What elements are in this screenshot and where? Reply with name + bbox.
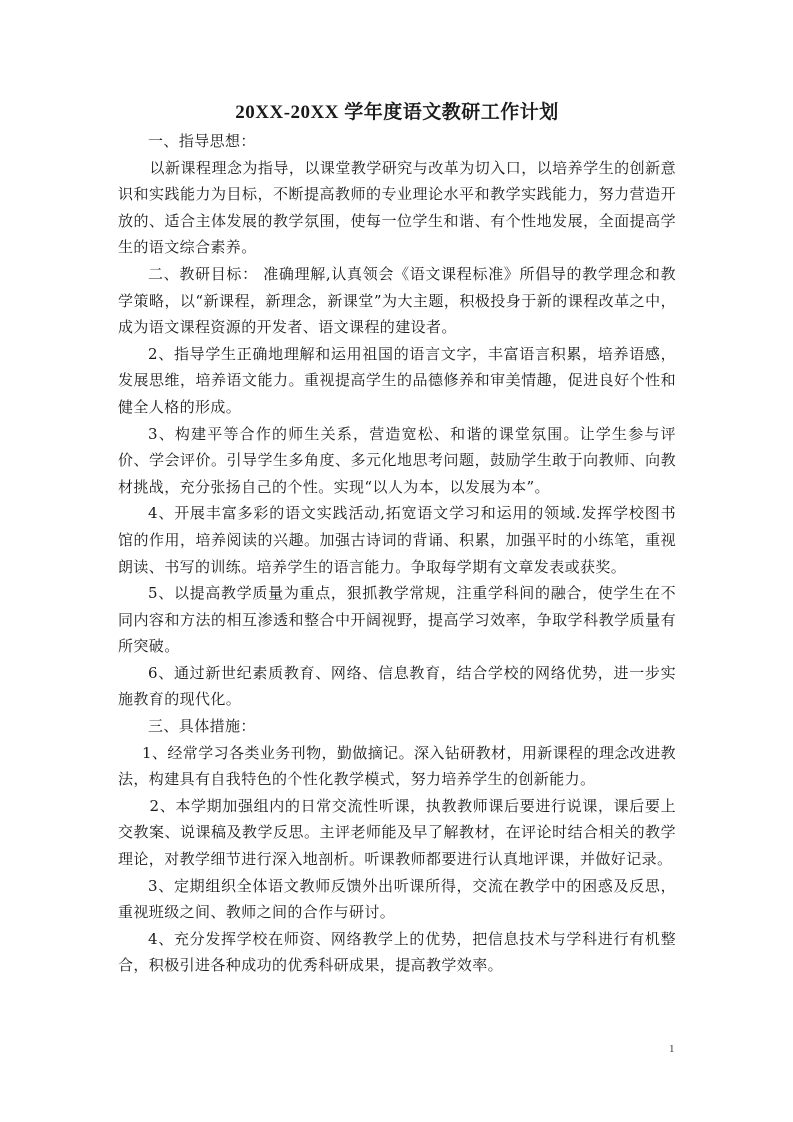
paragraph-guiding-ideology: 以新课程理念为指导，以课堂教学研究与改革为切入口，以培养学生的创新意识和实践能力… — [118, 155, 676, 261]
document-title: 20XX-20XX 学年度语文教研工作计划 — [118, 98, 676, 128]
paragraph-research-goal-3: 3、构建平等合作的师生关系，营造宽松、和谐的课堂氛围。让学生参与评价、学会评价。… — [118, 421, 676, 501]
page-number: 1 — [669, 1043, 675, 1055]
document-page: 20XX-20XX 学年度语文教研工作计划 一、指导思想： 以新课程理念为指导，… — [118, 98, 676, 979]
paragraph-measure-1: 1、经常学习各类业务刊物，勤做摘记。深入钻研教材，用新课程的理念改进教法，构建具… — [118, 740, 676, 793]
paragraph-research-goal-6: 6、通过新世纪素质教育、网络、信息教育，结合学校的网络优势，进一步实施教育的现代… — [118, 660, 676, 713]
paragraph-measure-2: 2、本学期加强组内的日常交流性听课，执教教师课后要进行说课，课后要上交教案、说课… — [118, 793, 676, 873]
paragraph-measure-4: 4、充分发挥学校在师资、网络教学上的优势，把信息技术与学科进行有机整合，积极引进… — [118, 926, 676, 979]
paragraph-research-goal-2: 2、指导学生正确地理解和运用祖国的语言文字，丰富语言积累，培养语感，发展思维，培… — [118, 341, 676, 421]
section-heading-specific-measures: 三、具体措施： — [118, 713, 676, 740]
paragraph-research-goal-1: 二、教研目标： 准确理解,认真领会《语文课程标准》所倡导的教学理念和教学策略，以… — [118, 261, 676, 341]
paragraph-research-goal-5: 5、以提高教学质量为重点，狠抓教学常规，注重学科间的融合，使学生在不同内容和方法… — [118, 580, 676, 660]
paragraph-measure-3: 3、定期组织全体语文教师反馈外出听课所得，交流在教学中的困惑及反思，重视班级之间… — [118, 873, 676, 926]
section-heading-guiding-ideology: 一、指导思想： — [118, 128, 676, 155]
paragraph-research-goal-4: 4、开展丰富多彩的语文实践活动,拓宽语文学习和运用的领域.发挥学校图书馆的作用，… — [118, 500, 676, 580]
